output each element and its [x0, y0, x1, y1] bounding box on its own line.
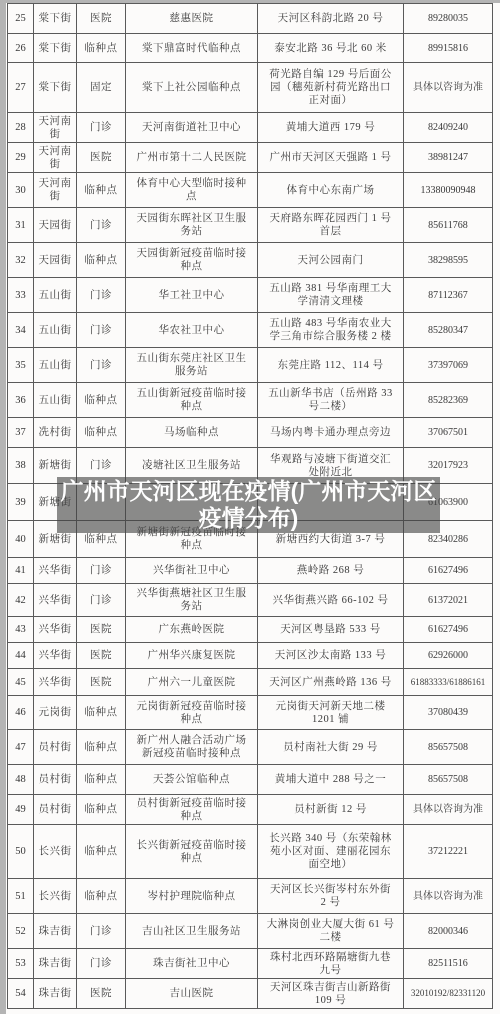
street-cell: 天河南街 — [34, 113, 77, 143]
phone-cell: 87112367 — [404, 278, 493, 313]
street-cell: 天河南街 — [34, 173, 77, 208]
phone-cell: 具体以咨询为准 — [404, 879, 493, 914]
facility-name-cell: 广州华兴康复医院 — [126, 643, 258, 669]
address-cell: 华观路与凌塘下街道交汇处附近北 — [258, 448, 404, 484]
street-cell: 天河南街 — [34, 143, 77, 173]
table-row: 47 员村街 临种点 新广州人融合活动广场新冠疫苗临时接种点 员村南社大街 29… — [8, 730, 493, 765]
street-cell: 天园街 — [34, 208, 77, 243]
phone-cell: 13380090948 — [404, 173, 493, 208]
address-cell: 天河公园南门 — [258, 243, 404, 278]
street-cell: 五山街 — [34, 313, 77, 348]
street-cell: 新塘街 — [34, 521, 77, 558]
site-type-cell: 门诊 — [77, 208, 126, 243]
phone-cell: 37067501 — [404, 418, 493, 448]
facility-name-cell: 五山街东莞庄社区卫生服务站 — [126, 348, 258, 383]
row-number-cell: 25 — [8, 4, 34, 34]
row-number-cell: 26 — [8, 34, 34, 63]
street-cell: 五山街 — [34, 348, 77, 383]
facility-name-cell: 广州市第十二人民医院 — [126, 143, 258, 173]
site-type-cell: 医院 — [77, 4, 126, 34]
table-row: 33 五山街 门诊 华工社卫中心 五山路 381 号华南理工大学清清文理楼 87… — [8, 278, 493, 313]
table-row: 25 棠下街 医院 慈惠医院 天河区科韵北路 20 号 89280035 — [8, 4, 493, 34]
facility-name-cell: 广州六一儿童医院 — [126, 669, 258, 696]
facility-name-cell: 兴华街燕塘社区卫生服务站 — [126, 584, 258, 617]
table-row: 43 兴华街 医院 广东燕岭医院 天河区粤垦路 533 号 61627496 — [8, 617, 493, 643]
address-cell: 天河区科韵北路 20 号 — [258, 4, 404, 34]
street-cell: 兴华街 — [34, 669, 77, 696]
site-type-cell: 临种点 — [77, 173, 126, 208]
table-row: 40 新塘街 临种点 新塘街新冠疫苗临时接种点 新塘西约大街道 3-7 号 82… — [8, 521, 493, 558]
table-row: 41 兴华街 门诊 兴华街社卫中心 燕岭路 268 号 61627496 — [8, 558, 493, 584]
address-cell: 员村南社大街 29 号 — [258, 730, 404, 765]
facility-name-cell: 岑村护理院临种点 — [126, 879, 258, 914]
phone-cell: 具体以咨询为准 — [404, 63, 493, 113]
table-row: 48 员村街 临种点 天荟公馆临种点 黄埔大道中 288 号之一 8565750… — [8, 765, 493, 795]
row-number-cell: 32 — [8, 243, 34, 278]
facility-name-cell: 体育中心大型临时接种点 — [126, 173, 258, 208]
row-number-cell: 42 — [8, 584, 34, 617]
table-row: 26 棠下街 临种点 棠下鼎富时代临种点 泰安北路 36 号北 60 米 899… — [8, 34, 493, 63]
facility-name-cell: 马场临种点 — [126, 418, 258, 448]
street-cell: 长兴街 — [34, 825, 77, 879]
row-number-cell: 31 — [8, 208, 34, 243]
facility-name-cell: 华农社卫中心 — [126, 313, 258, 348]
phone-cell: 37080439 — [404, 696, 493, 730]
phone-cell: 61627496 — [404, 558, 493, 584]
row-number-cell: 28 — [8, 113, 34, 143]
row-number-cell: 49 — [8, 795, 34, 825]
table-row: 30 天河南街 临种点 体育中心大型临时接种点 体育中心东南广场 1338009… — [8, 173, 493, 208]
site-type-cell: 门诊 — [77, 313, 126, 348]
row-number-cell: 30 — [8, 173, 34, 208]
address-cell: 东莞庄路 112、114 号 — [258, 348, 404, 383]
street-cell: 天园街 — [34, 243, 77, 278]
address-cell: 马场内粤卡通办理点旁边 — [258, 418, 404, 448]
address-cell: 大淋岗创业大厦大街 61 号二楼 — [258, 914, 404, 949]
facility-name-cell: 珠吉街社卫中心 — [126, 949, 258, 979]
site-type-cell: 临种点 — [77, 765, 126, 795]
table-row: 35 五山街 门诊 五山街东莞庄社区卫生服务站 东莞庄路 112、114 号 3… — [8, 348, 493, 383]
street-cell: 兴华街 — [34, 584, 77, 617]
row-number-cell: 50 — [8, 825, 34, 879]
phone-cell: 具体以咨询为准 — [404, 795, 493, 825]
table-row: 50 长兴街 临种点 长兴街新冠疫苗临时接种点 长兴路 340 号（东荣翰林苑小… — [8, 825, 493, 879]
address-cell: 广州市天河区天强路 1 号 — [258, 143, 404, 173]
row-number-cell: 53 — [8, 949, 34, 979]
table-row: 37 冼村街 临种点 马场临种点 马场内粤卡通办理点旁边 37067501 — [8, 418, 493, 448]
facility-name-cell: 慈惠医院 — [126, 4, 258, 34]
street-cell: 员村街 — [34, 730, 77, 765]
phone-cell: 89915816 — [404, 34, 493, 63]
site-type-cell: 门诊 — [77, 448, 126, 484]
street-cell: 珠吉街 — [34, 949, 77, 979]
table-row: 31 天园街 门诊 天园街东晖社区卫生服务站 天府路东晖花园西门 1 号首层 8… — [8, 208, 493, 243]
table-row: 49 员村街 临种点 员村街新冠疫苗临时接种点 员村新街 12 号 具体以咨询为… — [8, 795, 493, 825]
row-number-cell: 46 — [8, 696, 34, 730]
row-number-cell: 52 — [8, 914, 34, 949]
row-number-cell: 37 — [8, 418, 34, 448]
street-cell: 冼村街 — [34, 418, 77, 448]
document-page: 25 棠下街 医院 慈惠医院 天河区科韵北路 20 号 89280035 26 … — [0, 0, 500, 1014]
page-edge-left — [0, 0, 6, 1014]
street-cell: 兴华街 — [34, 558, 77, 584]
street-cell: 员村街 — [34, 795, 77, 825]
facility-name-cell: 员村街新冠疫苗临时接种点 — [126, 795, 258, 825]
phone-cell: 85657508 — [404, 730, 493, 765]
address-cell: 元岗街天河新天地二楼 1201 铺 — [258, 696, 404, 730]
facility-name-cell: 广东燕岭医院 — [126, 617, 258, 643]
row-number-cell: 38 — [8, 448, 34, 484]
row-number-cell: 35 — [8, 348, 34, 383]
row-number-cell: 47 — [8, 730, 34, 765]
site-type-cell — [77, 484, 126, 521]
street-cell: 兴华街 — [34, 617, 77, 643]
row-number-cell: 27 — [8, 63, 34, 113]
phone-cell: 32017923 — [404, 448, 493, 484]
row-number-cell: 29 — [8, 143, 34, 173]
phone-cell: 32010192/82331120 — [404, 979, 493, 1009]
table-row: 51 长兴街 临种点 岑村护理院临种点 天河区长兴街岑村东外街 2 号 具体以咨… — [8, 879, 493, 914]
site-type-cell: 门诊 — [77, 348, 126, 383]
row-number-cell: 45 — [8, 669, 34, 696]
row-number-cell: 43 — [8, 617, 34, 643]
phone-cell: 89280035 — [404, 4, 493, 34]
facility-name-cell: 棠下上社公园临种点 — [126, 63, 258, 113]
address-cell: 五山路 381 号华南理工大学清清文理楼 — [258, 278, 404, 313]
table-row: 34 五山街 门诊 华农社卫中心 五山路 483 号华南农业大学三角市综合服务楼… — [8, 313, 493, 348]
site-type-cell: 临种点 — [77, 383, 126, 418]
street-cell: 五山街 — [34, 383, 77, 418]
table-row: 32 天园街 临种点 天园街新冠疫苗临时接种点 天河公园南门 38298595 — [8, 243, 493, 278]
facility-name-cell: 元岗街新冠疫苗临时接种点 — [126, 696, 258, 730]
phone-cell: 38981247 — [404, 143, 493, 173]
site-type-cell: 临种点 — [77, 795, 126, 825]
facility-name-cell: 天河南街道社卫中心 — [126, 113, 258, 143]
table-row: 36 五山街 临种点 五山街新冠疫苗临时接种点 五山新华书店（岳州路 33 号二… — [8, 383, 493, 418]
street-cell: 新塘街 — [34, 484, 77, 521]
site-type-cell: 医院 — [77, 143, 126, 173]
facility-name-cell: 凌塘社区卫生服务站 — [126, 448, 258, 484]
row-number-cell: 51 — [8, 879, 34, 914]
site-type-cell: 医院 — [77, 979, 126, 1009]
row-number-cell: 41 — [8, 558, 34, 584]
table-row: 29 天河南街 医院 广州市第十二人民医院 广州市天河区天强路 1 号 3898… — [8, 143, 493, 173]
street-cell: 五山街 — [34, 278, 77, 313]
site-type-cell: 门诊 — [77, 584, 126, 617]
site-type-cell: 临种点 — [77, 825, 126, 879]
facility-name-cell: 五山街新冠疫苗临时接种点 — [126, 383, 258, 418]
address-cell: 天府路东晖花园西门 1 号首层 — [258, 208, 404, 243]
site-type-cell: 临种点 — [77, 730, 126, 765]
facility-name-cell: 天园街新冠疫苗临时接种点 — [126, 243, 258, 278]
site-type-cell: 临种点 — [77, 34, 126, 63]
address-cell: 兴华街燕兴路 66-102 号 — [258, 584, 404, 617]
address-cell: 泰安北路 36 号北 60 米 — [258, 34, 404, 63]
site-type-cell: 医院 — [77, 669, 126, 696]
facility-name-cell: 吉山医院 — [126, 979, 258, 1009]
site-type-cell: 固定 — [77, 63, 126, 113]
row-number-cell: 40 — [8, 521, 34, 558]
street-cell: 新塘街 — [34, 448, 77, 484]
phone-cell: 82409240 — [404, 113, 493, 143]
site-type-cell: 临种点 — [77, 696, 126, 730]
row-number-cell: 39 — [8, 484, 34, 521]
site-type-cell: 临种点 — [77, 243, 126, 278]
street-cell: 长兴街 — [34, 879, 77, 914]
phone-cell: 61372021 — [404, 584, 493, 617]
facility-name-cell — [126, 484, 258, 521]
facility-name-cell: 新广州人融合活动广场新冠疫苗临时接种点 — [126, 730, 258, 765]
address-cell: 荷光路自编 129 号后面公园（穗苑新村荷光路出口正对面） — [258, 63, 404, 113]
address-cell: 员村新街 12 号 — [258, 795, 404, 825]
address-cell: 长兴路 340 号（东荣翰林苑小区对面、建丽花园东面空地） — [258, 825, 404, 879]
address-cell: 天河区沙太南路 133 号 — [258, 643, 404, 669]
site-type-cell: 临种点 — [77, 418, 126, 448]
site-type-cell: 门诊 — [77, 278, 126, 313]
site-type-cell: 临种点 — [77, 879, 126, 914]
table-row: 52 珠吉街 门诊 吉山社区卫生服务站 大淋岗创业大厦大街 61 号二楼 820… — [8, 914, 493, 949]
street-cell: 兴华街 — [34, 643, 77, 669]
row-number-cell: 44 — [8, 643, 34, 669]
facility-name-cell: 兴华街社卫中心 — [126, 558, 258, 584]
address-cell: 燕岭路 268 号 — [258, 558, 404, 584]
street-cell: 元岗街 — [34, 696, 77, 730]
address-cell: 天河区粤垦路 533 号 — [258, 617, 404, 643]
phone-cell: 82511516 — [404, 949, 493, 979]
table-row: 44 兴华街 医院 广州华兴康复医院 天河区沙太南路 133 号 6292600… — [8, 643, 493, 669]
phone-cell: 37212221 — [404, 825, 493, 879]
row-number-cell: 36 — [8, 383, 34, 418]
site-type-cell: 门诊 — [77, 949, 126, 979]
facility-name-cell: 棠下鼎富时代临种点 — [126, 34, 258, 63]
site-type-cell: 门诊 — [77, 914, 126, 949]
phone-cell: 82000346 — [404, 914, 493, 949]
address-cell: 五山新华书店（岳州路 33 号二楼） — [258, 383, 404, 418]
table-row: 54 珠吉街 医院 吉山医院 天河区珠吉街吉山新路街 109 号 3201019… — [8, 979, 493, 1009]
address-cell: 天河区广州燕岭路 136 号 — [258, 669, 404, 696]
phone-cell: 37397069 — [404, 348, 493, 383]
phone-cell: 61063900 — [404, 484, 493, 521]
phone-cell: 61627496 — [404, 617, 493, 643]
facility-name-cell: 天园街东晖社区卫生服务站 — [126, 208, 258, 243]
table-row: 53 珠吉街 门诊 珠吉街社卫中心 珠村北西环路隔塘街九巷九号 82511516 — [8, 949, 493, 979]
table-row: 42 兴华街 门诊 兴华街燕塘社区卫生服务站 兴华街燕兴路 66-102 号 6… — [8, 584, 493, 617]
site-type-cell: 门诊 — [77, 113, 126, 143]
site-type-cell: 门诊 — [77, 558, 126, 584]
facility-name-cell: 长兴街新冠疫苗临时接种点 — [126, 825, 258, 879]
phone-cell: 82340286 — [404, 521, 493, 558]
phone-cell: 85611768 — [404, 208, 493, 243]
phone-cell: 85657508 — [404, 765, 493, 795]
site-type-cell: 医院 — [77, 617, 126, 643]
row-number-cell: 34 — [8, 313, 34, 348]
row-number-cell: 48 — [8, 765, 34, 795]
facility-name-cell: 天荟公馆临种点 — [126, 765, 258, 795]
row-number-cell: 54 — [8, 979, 34, 1009]
phone-cell: 38298595 — [404, 243, 493, 278]
site-table-body: 25 棠下街 医院 慈惠医院 天河区科韵北路 20 号 89280035 26 … — [8, 4, 493, 1009]
address-cell: 珠村北西环路隔塘街九巷九号 — [258, 949, 404, 979]
street-cell: 棠下街 — [34, 4, 77, 34]
table-row: 27 棠下街 固定 棠下上社公园临种点 荷光路自编 129 号后面公园（穗苑新村… — [8, 63, 493, 113]
address-cell: 黄埔大道西 179 号 — [258, 113, 404, 143]
row-number-cell: 33 — [8, 278, 34, 313]
street-cell: 员村街 — [34, 765, 77, 795]
phone-cell: 85282369 — [404, 383, 493, 418]
phone-cell: 61883333/61886161 — [404, 669, 493, 696]
street-cell: 珠吉街 — [34, 979, 77, 1009]
address-cell: 天河区珠吉街吉山新路街 109 号 — [258, 979, 404, 1009]
table-row: 46 元岗街 临种点 元岗街新冠疫苗临时接种点 元岗街天河新天地二楼 1201 … — [8, 696, 493, 730]
street-cell: 棠下街 — [34, 34, 77, 63]
table-row: 39 新塘街 61063900 — [8, 484, 493, 521]
phone-cell: 62926000 — [404, 643, 493, 669]
table-row: 45 兴华街 医院 广州六一儿童医院 天河区广州燕岭路 136 号 618833… — [8, 669, 493, 696]
facility-name-cell: 吉山社区卫生服务站 — [126, 914, 258, 949]
facility-name-cell: 华工社卫中心 — [126, 278, 258, 313]
facility-name-cell: 新塘街新冠疫苗临时接种点 — [126, 521, 258, 558]
table-row: 38 新塘街 门诊 凌塘社区卫生服务站 华观路与凌塘下街道交汇处附近北 3201… — [8, 448, 493, 484]
address-cell: 体育中心东南广场 — [258, 173, 404, 208]
street-cell: 棠下街 — [34, 63, 77, 113]
address-cell: 新塘西约大街道 3-7 号 — [258, 521, 404, 558]
address-cell: 天河区长兴街岑村东外街 2 号 — [258, 879, 404, 914]
table-row: 28 天河南街 门诊 天河南街道社卫中心 黄埔大道西 179 号 8240924… — [8, 113, 493, 143]
address-cell: 黄埔大道中 288 号之一 — [258, 765, 404, 795]
street-cell: 珠吉街 — [34, 914, 77, 949]
address-cell: 五山路 483 号华南农业大学三角市综合服务楼 2 楼 — [258, 313, 404, 348]
site-type-cell: 临种点 — [77, 521, 126, 558]
vaccination-site-table: 25 棠下街 医院 慈惠医院 天河区科韵北路 20 号 89280035 26 … — [7, 3, 493, 1009]
phone-cell: 85280347 — [404, 313, 493, 348]
site-type-cell: 医院 — [77, 643, 126, 669]
address-cell — [258, 484, 404, 521]
